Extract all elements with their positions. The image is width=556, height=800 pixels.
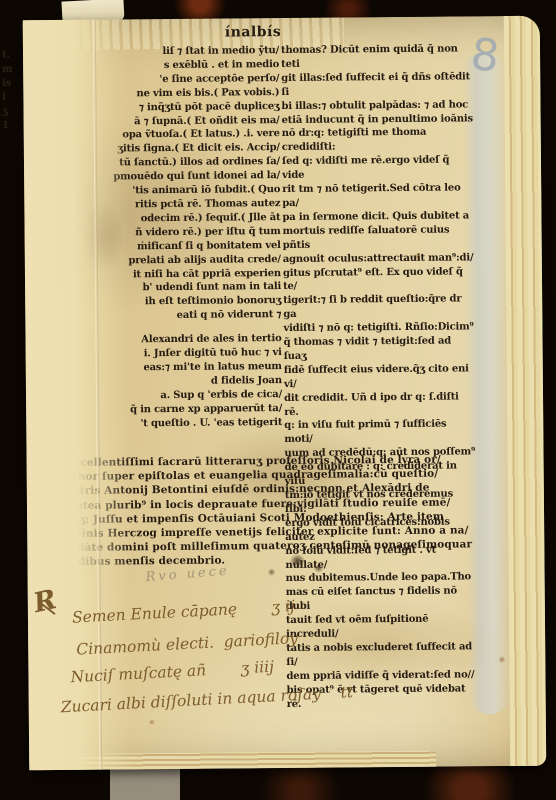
photo-of-incunabulum-leaf: t.misiʒ1 ínalbís liſ ⁊ ſtat in medio ỹtu… [0, 0, 556, 800]
bottom-page-edges [33, 751, 436, 771]
text-line: thomas? Dicūt enim quidā q̃ non teti [281, 42, 473, 71]
text-line: mortuis rediſſe ſaluatorē cuius pñtis [283, 223, 475, 252]
right-text-column: thomas? Dicūt enim quidā q̃ non tetigit … [281, 42, 479, 711]
background-patch [110, 766, 180, 800]
text-fragment: ʒ [2, 106, 13, 117]
text-line: ṁificanſ ſi q bonitatem vel [75, 239, 281, 255]
text-fragment: i [2, 92, 13, 103]
text-line: mas cū eiſet ſanctus ⁊ fidelis nō dubi [286, 585, 478, 614]
text-line: 'e ſine acceptōe perſo/ [73, 72, 279, 88]
colophon: le excellentiſſimi ſacrarū litteraruʒ pr… [53, 452, 534, 570]
text-line: dem ppriā vidiſſe q̃ viderat:ſed no// [286, 668, 478, 684]
folio-number-pencil: 8 [468, 29, 502, 83]
text-line: fidē ſuffecit eius videre.q̃ʒ cito eni v… [284, 362, 476, 391]
text-line: rit tm ⁊ nō tetigerit.Sed cōtra leo pa/ [282, 181, 474, 210]
margin-text-fragments: t.misiʒ1 [0, 50, 11, 134]
text-line: tatis a nobis excluderet ſuffecit ad ſi/ [286, 640, 478, 669]
text-line: q̃ thomas ⁊ vidit ⁊ tetigit:ſed ad ſuaʒ [284, 334, 476, 363]
text-line: q: in viſu fuit primū ⁊ ſufficiēs moti/ [284, 418, 476, 447]
text-line: dit credidit. Uñ d ipo dr q: ſ.diſti rē. [284, 390, 476, 419]
fore-edge-page-layers [504, 16, 547, 766]
text-fragment: is [2, 78, 13, 89]
recipe-line: Zucari albi diſſoluti in aqua roſay tt [60, 683, 353, 716]
text-line: etiā inducunt q̃ in penultimo ioānis [282, 112, 474, 128]
text-fragment: m [2, 64, 13, 75]
text-line: eati q nō viderunt ⁊ [75, 308, 281, 324]
running-header: ínalbís [225, 24, 282, 40]
text-line: tauit ſed vt oēm ſuſpitionē increduli/ [286, 612, 478, 641]
text-line: gitus pſcrutat⁹ eſt. Ex quo videſ q̃ te/ [283, 265, 475, 294]
recipe-line: Nuciſ muſcatę añ ʒ iiij [70, 658, 274, 687]
text-line: agnouit oculus:attrectauit man⁹:di/ [283, 251, 475, 267]
text-fragment: 1 [2, 120, 13, 131]
foxing-spot [149, 719, 155, 725]
text-line: 't queſtio . U. 'eas tetigerit [76, 416, 282, 432]
text-line: git illas:ſed ſuffecit ei q̃ dñs oſtēdit… [281, 70, 473, 99]
text-line: odecim rē.) ſequiſ.( Jlle āt [74, 211, 280, 227]
text-line: bi illas:⁊ obtulit palpādas: ⁊ ad hoc [281, 98, 473, 114]
text-line: d fidelis Joan [76, 374, 282, 390]
text-line: q̃ in carne xp apparuerūt ta/ [76, 402, 282, 418]
left-text-column: liſ ⁊ ſtat in medio ỹtu/s exēblū . et in… [73, 44, 282, 431]
text-line: ne vim eis bis.( Pax vobis.) [73, 86, 279, 102]
text-line: prelati ab alijs audita crede/ [75, 253, 281, 269]
book-page: ínalbís liſ ⁊ ſtat in medio ỹtu/s exēblū… [23, 16, 547, 770]
text-line: ⁊ inq̃ʒtū pōt pacē dupliceʒ [73, 100, 279, 116]
text-line: nō dr:q: tetigiſti me thoma credidiſti: [282, 126, 474, 155]
text-line: a. Sup q 'erbis de cica/ [76, 388, 282, 404]
recipe-line: Semen Enule cāpanę ʒ ij [72, 597, 296, 627]
text-fragment: t. [2, 50, 13, 61]
recipe-line: Cinamomù electi. gariofiloy [76, 629, 299, 659]
ink-blot [268, 568, 276, 576]
text-line: pa in ſermone dicit. Quis dubitet a [282, 209, 474, 225]
text-line: ñ videro rē.) per iſtu q̃ tum [75, 225, 281, 241]
text-line: tigerit:⁊ ſi b reddit queſtio:q̃re dr ga [283, 293, 475, 322]
text-line: ſed q: vidiſti me rē.ergo videſ q̃ vide [282, 154, 474, 183]
